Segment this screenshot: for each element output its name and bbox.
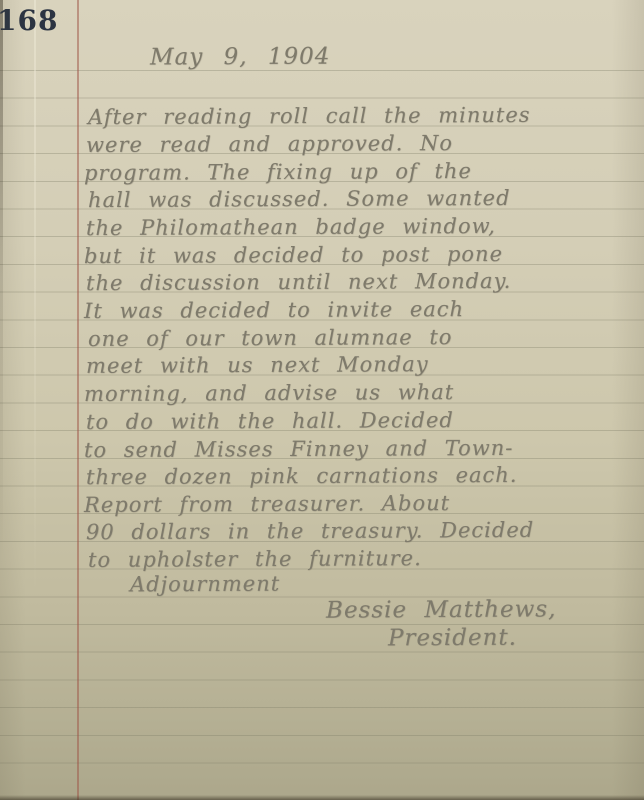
minutes-line: program. The fixing up of the <box>84 159 472 185</box>
red-margin-line <box>77 0 79 800</box>
page-left-edge <box>0 0 3 800</box>
minutes-line: to send Misses Finney and Town- <box>84 436 513 462</box>
date-heading: May 9, 1904 <box>150 44 330 71</box>
minutes-line: one of our town alumnae to <box>88 325 453 351</box>
minutes-line: meet with us next Monday <box>86 352 429 378</box>
minutes-line: Report from treasurer. About <box>84 491 450 517</box>
minutes-line: but it was decided to post pone <box>84 242 503 268</box>
signature-name: Bessie Matthews, <box>326 596 557 623</box>
minutes-line: hall was discussed. Some wanted <box>88 186 511 212</box>
minutes-line: 90 dollars in the treasury. Decided <box>86 518 534 544</box>
minutes-line: the Philomathean badge window, <box>86 214 496 240</box>
minutes-line: three dozen pink carnations each. <box>86 463 518 489</box>
minutes-line: the discussion until next Monday. <box>86 269 511 295</box>
page-number: 168 <box>0 4 58 37</box>
minutes-line: to do with the hall. Decided <box>86 408 454 434</box>
page-bottom-edge <box>0 795 644 800</box>
paper-crease <box>34 0 36 800</box>
minutes-line: It was decided to invite each <box>84 297 464 323</box>
minutes-line: to upholster the furniture. <box>88 546 422 572</box>
minutes-line: were read and approved. No <box>86 131 453 157</box>
minutes-line: morning, and advise us what <box>84 380 454 406</box>
minutes-line: After reading roll call the minutes <box>88 103 531 129</box>
adjournment-line: Adjournment <box>130 572 280 597</box>
notebook-page: 168 May 9, 1904 After reading roll call … <box>0 0 644 800</box>
signature-title: President. <box>388 625 517 652</box>
